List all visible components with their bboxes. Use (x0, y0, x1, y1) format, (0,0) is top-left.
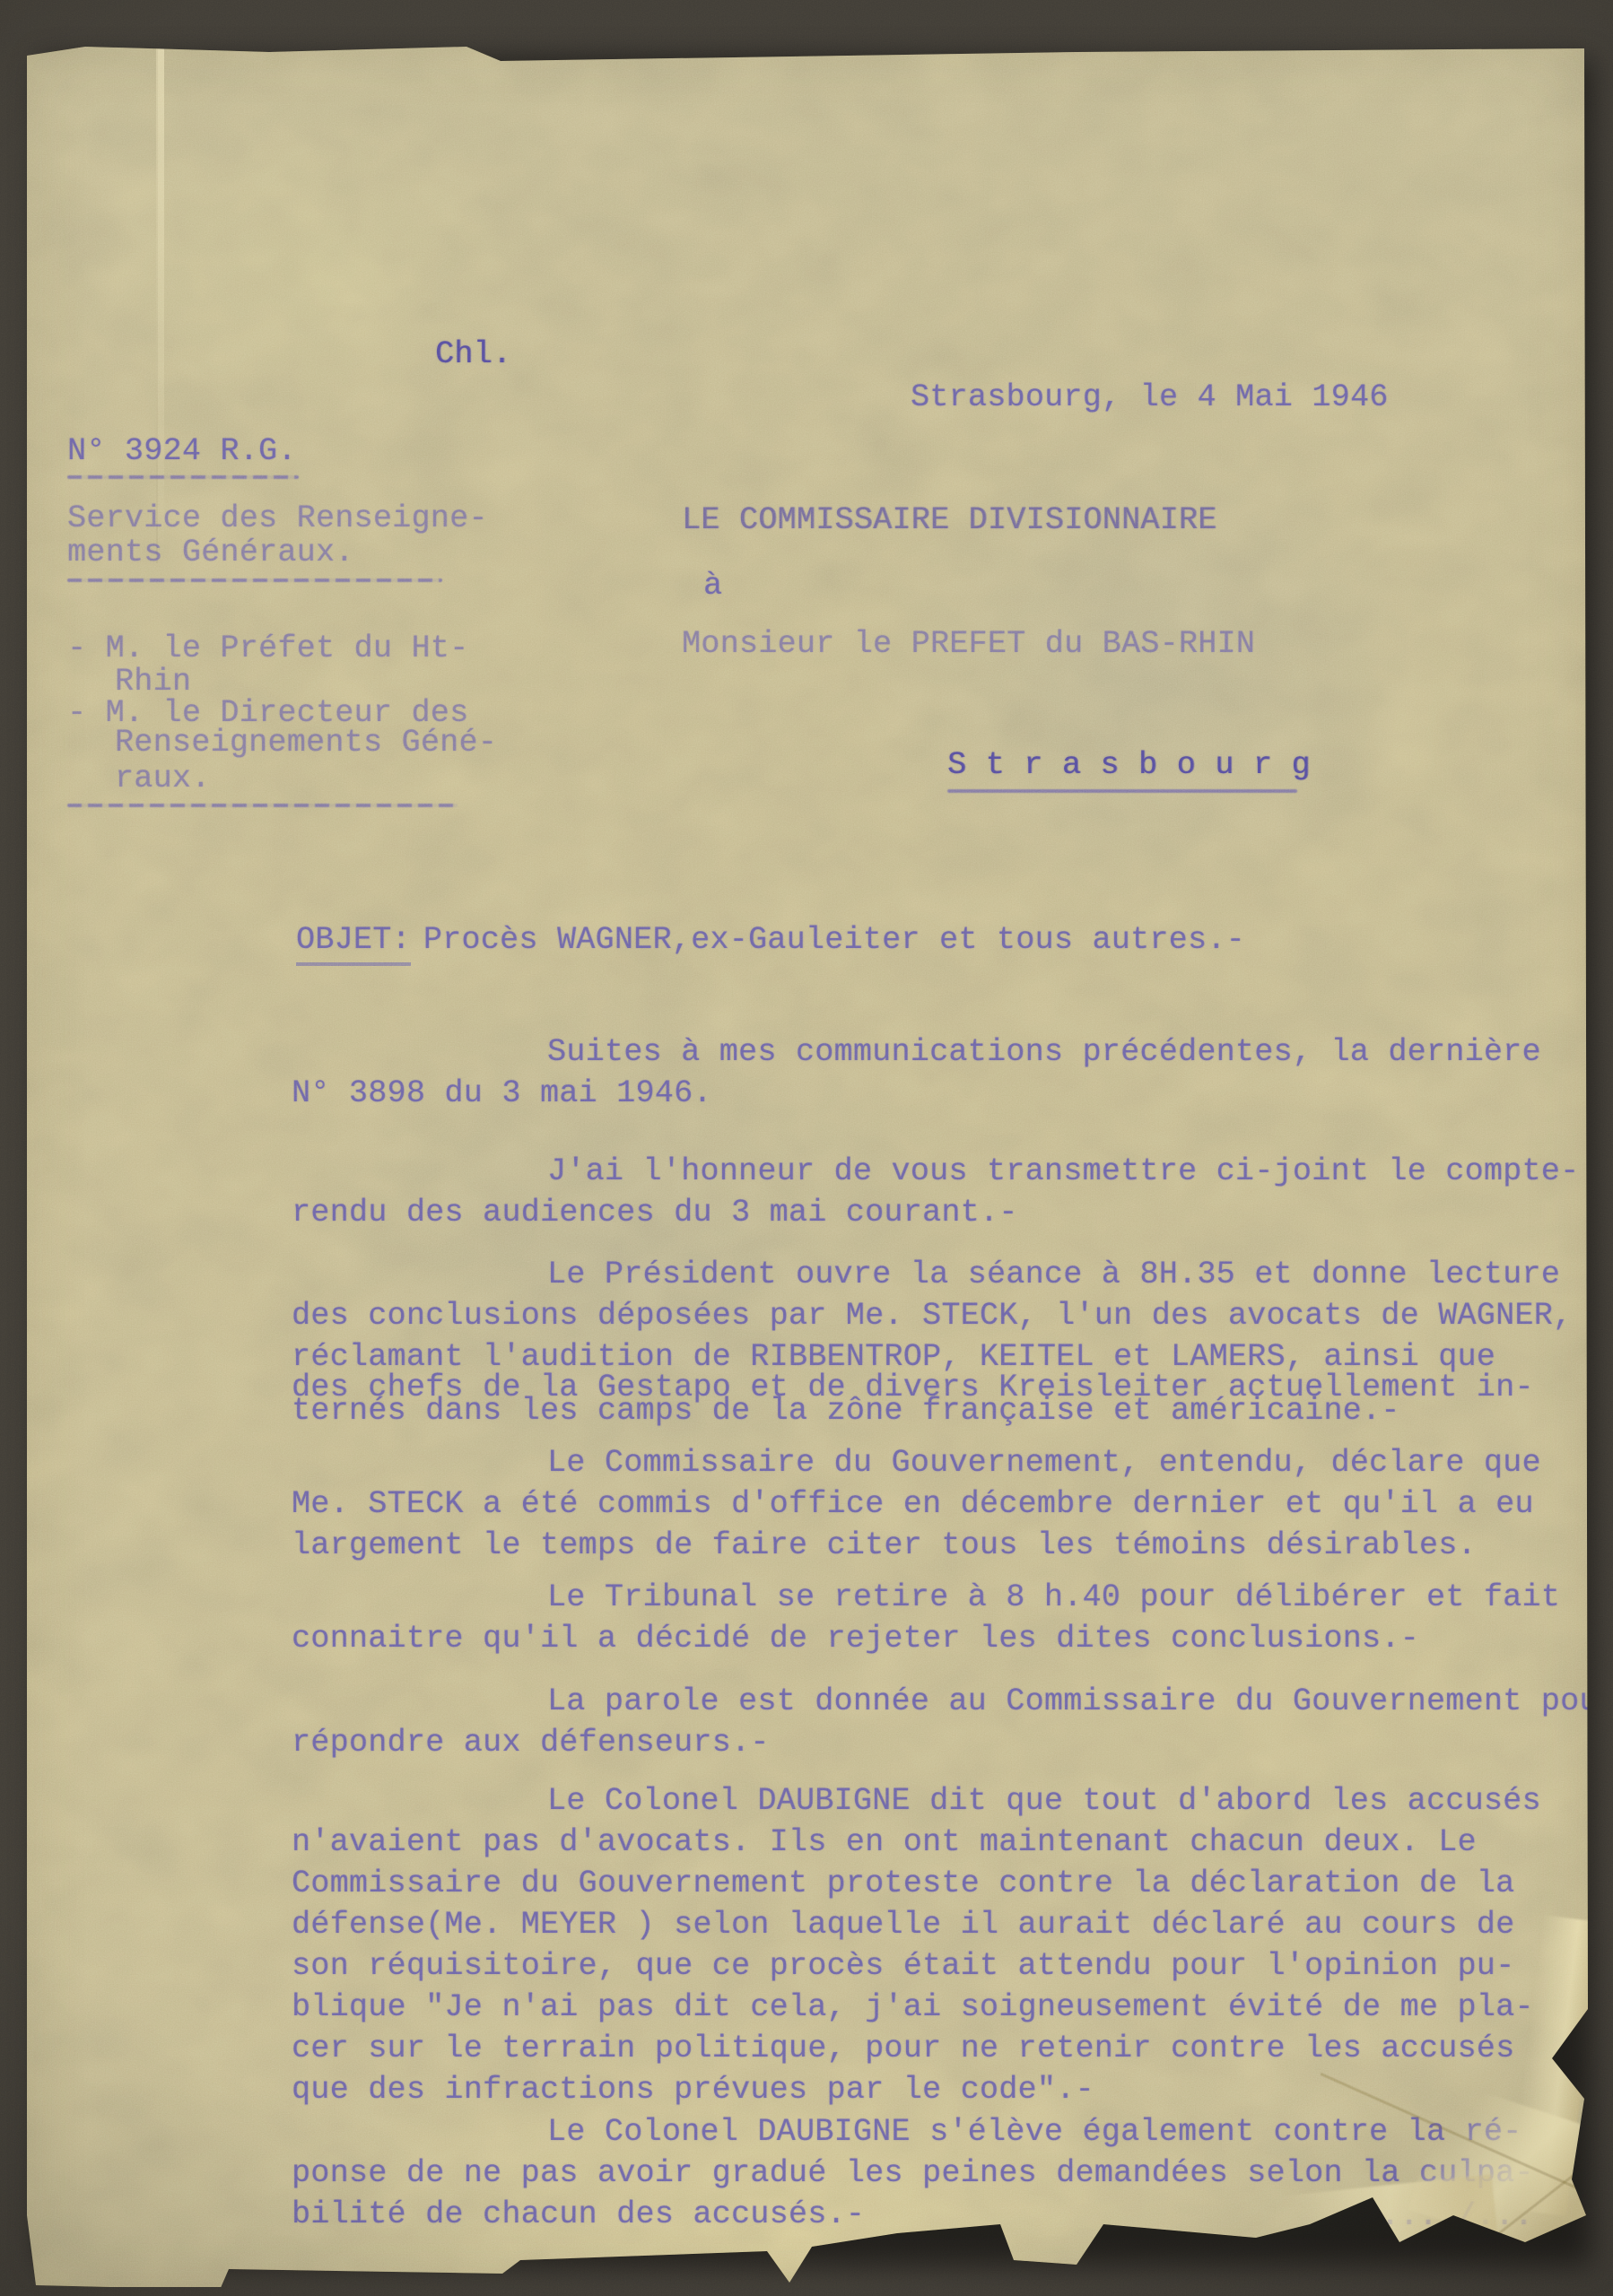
paper-crease (156, 43, 164, 563)
scan-background: Chl. Strasbourg, le 4 Mai 1946 N° 3924 R… (0, 0, 1613, 2296)
text-line: Le Commissaire du Gouvernement, entendu,… (292, 1442, 1613, 1483)
paragraph: Le Colonel DAUBIGNE dit que tout d'abord… (292, 1780, 1613, 2110)
typist-initials: Chl. (435, 334, 511, 375)
city-underline (947, 789, 1297, 793)
text-line: Suites à mes communications précédentes,… (292, 1031, 1613, 1073)
text-line: Me. STECK a été commis d'office en décem… (292, 1483, 1613, 1525)
addressee-line: raux. (115, 758, 211, 799)
text-line: Commissaire du Gouvernement proteste con… (292, 1863, 1613, 1904)
text-line: Le Président ouvre la séance à 8H.35 et … (292, 1254, 1613, 1295)
to-particle: à (703, 565, 722, 606)
file-number: N° 3924 R.G. (67, 430, 297, 472)
text-line: Le Colonel DAUBIGNE dit que tout d'abord… (292, 1780, 1613, 1822)
text-line: La parole est donnée au Commissaire du G… (292, 1681, 1613, 1722)
paragraph: Le Tribunal se retire à 8 h.40 pour déli… (292, 1577, 1613, 1659)
document-page: Chl. Strasbourg, le 4 Mai 1946 N° 3924 R… (25, 43, 1588, 2287)
text-line: des conclusions déposées par Me. STECK, … (292, 1295, 1613, 1336)
paragraph: Suites à mes communications précédentes,… (292, 1031, 1613, 1114)
subject-label: OBJET: (296, 919, 411, 966)
text-line: cer sur le terrain politique, pour ne re… (292, 2028, 1613, 2069)
subject-text: Procès WAGNER,ex-Gauleiter et tous autre… (423, 919, 1245, 966)
text-line: ponse de ne pas avoir gradué les peines … (292, 2152, 1613, 2194)
text-line: connaitre qu'il a décidé de rejeter les … (292, 1618, 1613, 1659)
recipient-city: S t r a s b o u r g (947, 744, 1311, 786)
paragraph: Le Commissaire du Gouvernement, entendu,… (292, 1442, 1613, 1566)
addressee-rule (67, 804, 458, 807)
text-line: rendu des audiences du 3 mai courant.- (292, 1192, 1613, 1233)
text-line: répondre aux défenseurs.- (292, 1722, 1613, 1763)
recipient-line: Monsieur le PREFET du BAS-RHIN (682, 623, 1255, 665)
sender-rule (67, 578, 442, 582)
paragraph: La parole est donnée au Commissaire du G… (292, 1681, 1613, 1763)
dateline: Strasbourg, le 4 Mai 1946 (911, 377, 1389, 418)
text-line: largement le temps de faire citer tous l… (292, 1525, 1613, 1566)
paragraph: J'ai l'honneur de vous transmettre ci-jo… (292, 1151, 1613, 1233)
text-line: blique "Je n'ai pas dit cela, j'ai soign… (292, 1987, 1613, 2028)
paragraph: Le Président ouvre la séance à 8H.35 et … (292, 1254, 1613, 1431)
file-number-underline (67, 475, 299, 479)
text-line: N° 3898 du 3 mai 1946. (292, 1073, 1613, 1114)
text-line: Le Colonel DAUBIGNE s'élève également co… (292, 2111, 1613, 2152)
from-title: LE COMMISSAIRE DIVISIONNAIRE (682, 500, 1217, 541)
text-line: que des infractions prévues par le code"… (292, 2069, 1613, 2110)
text-line: J'ai l'honneur de vous transmettre ci-jo… (292, 1151, 1613, 1192)
text-line: n'avaient pas d'avocats. Ils en ont main… (292, 1822, 1613, 1863)
text-line: défense(Me. MEYER ) selon laquelle il au… (292, 1904, 1613, 1945)
text-line: Le Tribunal se retire à 8 h.40 pour déli… (292, 1577, 1613, 1618)
text-line: son réquisitoire, que ce procès était at… (292, 1945, 1613, 1987)
sender-line: ments Généraux. (67, 532, 354, 573)
subject-line: OBJET: Procès WAGNER,ex-Gauleiter et tou… (296, 919, 1245, 966)
